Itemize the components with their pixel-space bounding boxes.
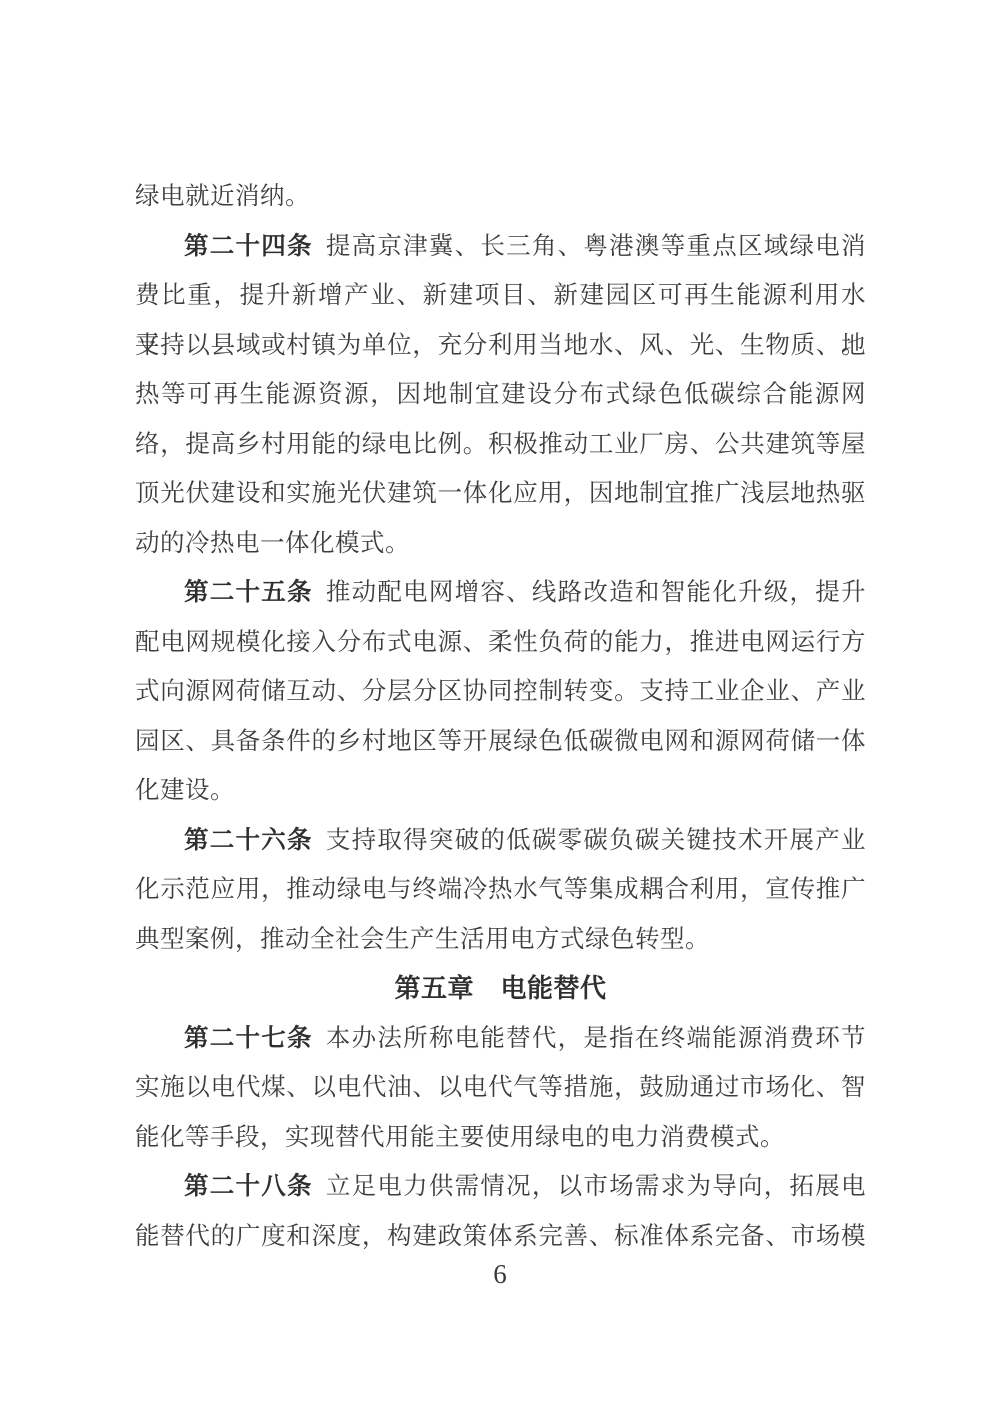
- text-line: 热等可再生能源资源，因地制宜建设分布式绿色低碳综合能源网: [135, 370, 866, 420]
- text-line: 第二十八条立足电力供需情况，以市场需求为导向，拓展电: [135, 1162, 866, 1212]
- text-line: 动的冷热电一体化模式。: [135, 519, 866, 569]
- page-number: 6: [0, 1254, 1000, 1294]
- article-number: 第二十七条: [184, 1025, 313, 1052]
- text-line: 费比重，提升新增产业、新建项目、新建园区可再生能源利用水平。: [135, 271, 866, 321]
- text-line: 支持以县域或村镇为单位，充分利用当地水、风、光、生物质、地: [135, 321, 866, 371]
- document-page: 绿电就近消纳。 第二十四条提高京津冀、长三角、粤港澳等重点区域绿电消 费比重，提…: [0, 0, 1000, 1414]
- text-line: 顶光伏建设和实施光伏建筑一体化应用，因地制宜推广浅层地热驱: [135, 469, 866, 519]
- article-number: 第二十四条: [184, 233, 313, 260]
- text-line: 园区、具备条件的乡村地区等开展绿色低碳微电网和源网荷储一体: [135, 717, 866, 767]
- text-line: 实施以电代煤、以电代油、以电代气等措施，鼓励通过市场化、智: [135, 1063, 866, 1113]
- article-text: 提高京津冀、长三角、粤港澳等重点区域绿电消: [326, 233, 866, 260]
- text-line: 典型案例，推动全社会生产生活用电方式绿色转型。: [135, 915, 866, 965]
- article-text: 推动配电网增容、线路改造和智能化升级，提升: [326, 579, 866, 606]
- text-line: 化建设。: [135, 766, 866, 816]
- text-line: 第二十六条支持取得突破的低碳零碳负碳关键技术开展产业: [135, 816, 866, 866]
- text-line: 式向源网荷储互动、分层分区协同控制转变。支持工业企业、产业: [135, 667, 866, 717]
- text-line: 绿电就近消纳。: [135, 172, 866, 222]
- document-body: 绿电就近消纳。 第二十四条提高京津冀、长三角、粤港澳等重点区域绿电消 费比重，提…: [135, 172, 866, 1261]
- article-text: 支持取得突破的低碳零碳负碳关键技术开展产业: [326, 827, 866, 854]
- text-line: 络，提高乡村用能的绿电比例。积极推动工业厂房、公共建筑等屋: [135, 420, 866, 470]
- article-text: 立足电力供需情况，以市场需求为导向，拓展电: [326, 1173, 866, 1200]
- text-line: 化示范应用，推动绿电与终端冷热水气等集成耦合利用，宣传推广: [135, 865, 866, 915]
- article-text: 本办法所称电能替代，是指在终端能源消费环节: [326, 1025, 866, 1052]
- text-line: 第二十五条推动配电网增容、线路改造和智能化升级，提升: [135, 568, 866, 618]
- chapter-heading: 第五章 电能替代: [135, 964, 866, 1014]
- text-line: 能化等手段，实现替代用能主要使用绿电的电力消费模式。: [135, 1113, 866, 1163]
- article-number: 第二十六条: [184, 827, 313, 854]
- article-number: 第二十八条: [184, 1173, 313, 1200]
- text-line: 第二十四条提高京津冀、长三角、粤港澳等重点区域绿电消: [135, 222, 866, 272]
- article-number: 第二十五条: [184, 579, 313, 606]
- text-line: 第二十七条本办法所称电能替代，是指在终端能源消费环节: [135, 1014, 866, 1064]
- text-line: 配电网规模化接入分布式电源、柔性负荷的能力，推进电网运行方: [135, 618, 866, 668]
